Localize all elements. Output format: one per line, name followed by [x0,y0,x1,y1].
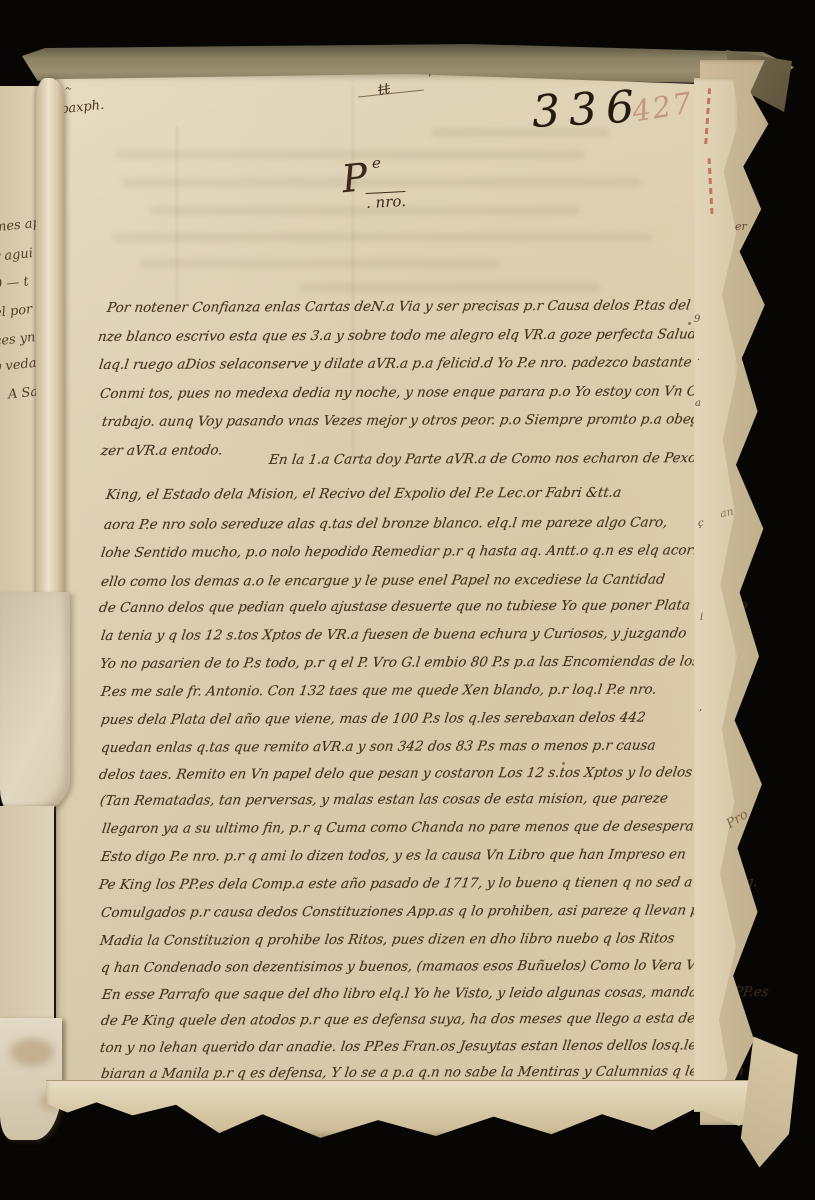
underpage-text-fragment: y veda [0,356,37,375]
manuscript-line: biaran a Manila p.r q es defensa, Y lo s… [100,1063,745,1082]
edge-text-speck: 9 [694,314,700,325]
manuscript-line: de Pe King quele den atodos p.r que es d… [100,1010,728,1029]
underpage-text-fragment: çes yni [0,330,40,350]
manuscript-line: Pe King los PP.es dela Comp.a este año p… [98,874,759,893]
showthrough-line [122,178,642,187]
manuscript-line: trabajo. aunq Voy pasando vnas Vezes mej… [101,411,709,430]
edge-text-speck: , [699,702,702,713]
manuscript-line: (Tan Rematadas, tan perversas, y malas e… [99,791,669,809]
underpage-text-fragment: r agui [0,246,34,265]
manuscript-line: En la 1.a Carta doy Parte aVR.a de Como … [268,450,697,468]
salutation-text: . nro. [366,192,407,212]
underpage-text-fragment: A Sa [7,384,39,402]
manuscript-line: King, el Estado dela Mision, el Recivo d… [105,485,622,503]
manuscript-line: zer aVR.a entodo. [100,442,224,459]
page-fold-edge [36,78,64,636]
edge-text-speck: . [697,352,700,363]
manuscript-line: En esse Parrafo que saque del dho libro … [101,984,770,1003]
manuscript-line: Conmi tos, pues no medexa dedia ny noche… [99,383,750,402]
manuscript-line: Comulgados p.r causa dedos Constituzione… [100,902,756,921]
folio-number-ink: 336 [531,81,645,138]
apostrophe-mark: ’ [428,72,432,85]
curled-page-upper [0,592,70,818]
curled-page-mid [0,806,54,1054]
underpage-text-fragment: el por [0,302,33,321]
showthrough-line [150,206,580,215]
manuscript-line: P.es me sale fr. Antonio. Con 132 taes q… [100,682,658,700]
edge-text-speck: i [700,612,703,623]
underpage-text-fragment: 9 — t [0,274,29,293]
manuscript-line: llegaron ya a su ultimo fin, p.r q Cuma … [101,818,719,837]
curled-page-lower [0,1018,62,1140]
manuscript-line: la tenia y q los 12 s.tos Xptos de VR.a … [100,625,688,644]
manuscript-line: quedan enlas q.tas que remito aVR.a y so… [100,738,657,756]
manuscript-photo: { "colors": { "background": "#080604", "… [0,0,815,1200]
ink-speck [688,322,691,325]
paper-stain [10,1038,54,1066]
edge-text-fragment: an [719,505,735,521]
showthrough-line [140,259,500,268]
paper-crease [176,126,178,306]
showthrough-line [112,233,652,242]
manuscript-line: Madia la Constituzion q prohibe los Rito… [99,930,676,949]
manuscript-line: laq.l ruego aDios selaconserve y dilate … [98,354,693,373]
manuscript-line: Esto digo P.e nro. p.r q ami lo dizen to… [100,846,687,865]
manuscript-line: delos taes. Remito en Vn papel delo que … [98,764,723,783]
edge-text-speck: er [735,220,747,233]
edge-text-speck: ç [698,518,704,529]
edge-text-speck: a [695,398,701,409]
manuscript-line: Yo no pasarien de to P.s todo, p.r q el … [99,653,734,672]
manuscript-line: q han Condenado son dezentisimos y bueno… [100,957,720,976]
ink-speck [690,424,693,427]
ink-speck [562,762,565,765]
manuscript-line: aora P.e nro solo sereduze alas q.tas de… [103,515,669,533]
manuscript-line: Por notener Confianza enlas Cartas deN.a… [106,297,720,316]
salutation-superscript: e [372,154,381,172]
manuscript-line: pues dela Plata del año que viene, mas d… [100,710,647,728]
manuscript-page [56,74,708,1108]
manuscript-line: ello como los demas a.o le encargue y le… [100,572,666,590]
manuscript-line: nze blanco escrivo esta que es 3.a y sob… [97,326,698,345]
manuscript-line: ton y no lehan querido dar anadie. los P… [99,1037,725,1056]
showthrough-line [300,283,600,292]
manuscript-line: de Canno delos que pedian quelo ajustase… [98,597,749,616]
torn-bottom-edge [46,1080,768,1139]
manuscript-line: lohe Sentido mucho, p.o nolo hepodido Re… [100,542,750,561]
